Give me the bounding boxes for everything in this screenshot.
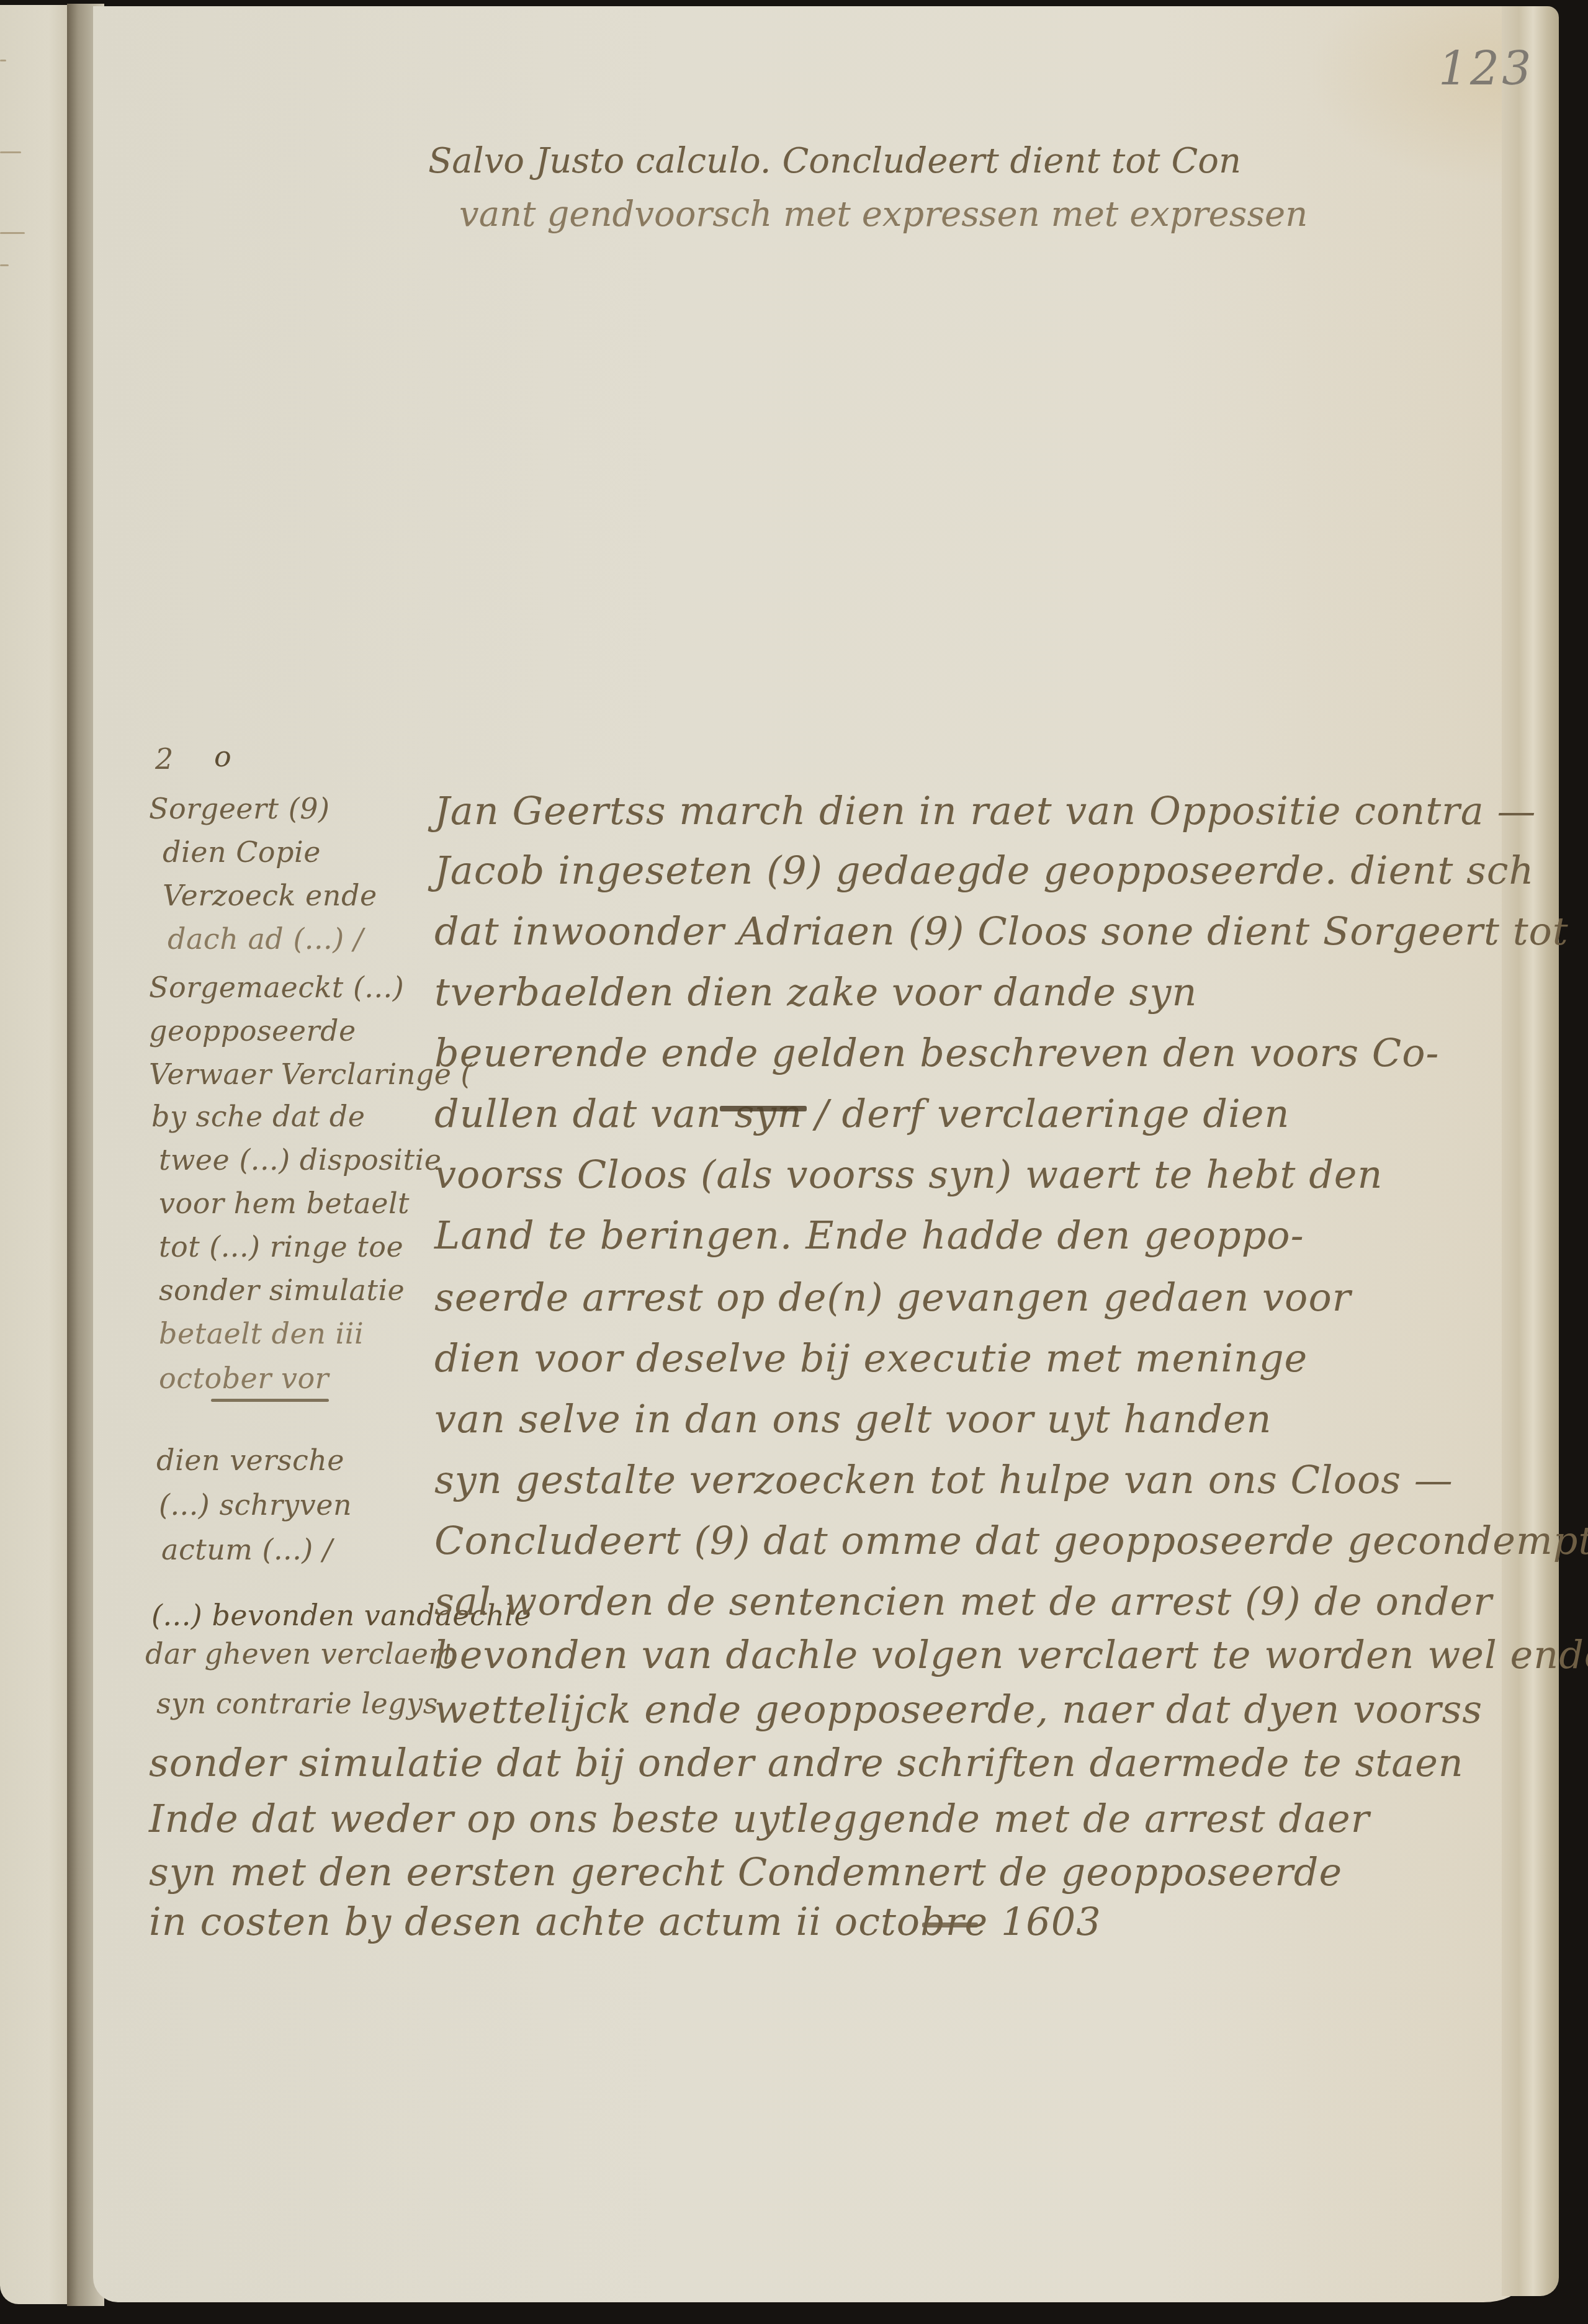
- main-text-line: Concludeert (9) dat omme dat geopposeerd…: [434, 1522, 1588, 1560]
- main-text-line: Land te beringen. Ende hadde den geoppo-: [434, 1216, 1304, 1255]
- header-note-line: Salvo Justo calculo. Concludeert dient t…: [428, 144, 1241, 179]
- main-text-line: beuerende ende gelden beschreven den voo…: [434, 1034, 1439, 1072]
- margin-note-line: betaelt den iii: [159, 1319, 364, 1348]
- main-text-line: seerde arrest op de(n) gevangen gedaen v…: [434, 1278, 1351, 1317]
- margin-note-line: Verzoeck ende: [163, 881, 377, 910]
- page-deckled-edge: [1502, 6, 1559, 2296]
- main-text-line: Jan Geertss march dien in raet van Oppos…: [434, 792, 1536, 830]
- main-text-line: in costen by desen achte actum ii octobr…: [149, 1903, 1101, 1941]
- main-text-line: voorss Cloos (als voorss syn) waert te h…: [434, 1155, 1383, 1194]
- main-text-line: van selve in dan ons gelt voor uyt hande…: [434, 1400, 1272, 1438]
- margin-note-line: (...) schryven: [159, 1491, 352, 1519]
- margin-note-line: tot (...) ringe toe: [159, 1232, 403, 1261]
- strikethrough-stroke: [720, 1106, 807, 1111]
- underline-stroke: [211, 1399, 329, 1402]
- ink-mark: [0, 151, 21, 153]
- margin-note-line: Verwaer Verclaringe (: [149, 1060, 472, 1088]
- margin-note-line: twee (...) dispositie: [159, 1146, 441, 1174]
- ink-mark: [0, 60, 6, 61]
- underline-stroke: [922, 1922, 978, 1927]
- margin-note-line: voor hem betaelt: [159, 1189, 410, 1218]
- margin-mark: 2: [155, 745, 174, 773]
- margin-mark: o: [214, 742, 231, 771]
- main-text-line: Inde dat weder op ons beste uytleggende …: [149, 1800, 1370, 1838]
- ink-mark: [0, 232, 25, 234]
- main-text-line: dat inwoonder Adriaen (9) Cloos sone die…: [434, 912, 1569, 951]
- main-text-line: dien voor deselve bij executie met menin…: [434, 1339, 1308, 1378]
- main-text-line: wettelijck ende geopposeerde, naer dat d…: [434, 1690, 1483, 1729]
- folio-number: 123: [1438, 42, 1533, 96]
- manuscript-scan: 123 Salvo Justo calculo. Concludeert die…: [0, 0, 1588, 2324]
- main-text-line: syn met den eersten gerecht Condemnert d…: [149, 1853, 1342, 1891]
- header-note-line: vant gendvoorsch met expressen met expre…: [459, 197, 1308, 232]
- margin-note-line: dien versche: [156, 1446, 344, 1474]
- margin-note-line: geopposeerde: [149, 1016, 356, 1045]
- margin-note-line: Sorgeert (9): [149, 794, 330, 823]
- main-text-line: syn gestalte verzoecken tot hulpe van on…: [434, 1461, 1453, 1499]
- margin-note-line: by sche dat de: [151, 1102, 366, 1131]
- margin-note-line: actum (...) /: [161, 1535, 333, 1564]
- main-text-line: tverbaelden dien zake voor dande syn: [434, 973, 1197, 1012]
- margin-note-line: Sorgemaeckt (...): [149, 973, 404, 1002]
- margin-note-line: dien Copie: [163, 838, 321, 866]
- main-text-line: sonder simulatie dat bij onder andre sch…: [149, 1744, 1464, 1782]
- facing-page-edge: [0, 5, 70, 2304]
- margin-note-line: dar gheven verclaert: [145, 1640, 454, 1668]
- main-text-line: sal worden de sentencien met de arrest (…: [434, 1582, 1492, 1621]
- margin-note-line: dach ad (...) /: [168, 925, 364, 953]
- margin-note-line: sonder simulatie: [159, 1276, 405, 1304]
- main-text-line: Jacob ingeseten (9) gedaegde geopposeerd…: [434, 851, 1534, 890]
- main-text-line: dullen dat van syn / derf verclaeringe d…: [434, 1095, 1290, 1133]
- ink-mark: [0, 264, 9, 266]
- margin-note-line: syn contrarie legys: [156, 1689, 438, 1718]
- margin-note-line: october vor: [159, 1364, 329, 1393]
- main-text-line: bevonden van dachle volgen verclaert te …: [434, 1636, 1588, 1674]
